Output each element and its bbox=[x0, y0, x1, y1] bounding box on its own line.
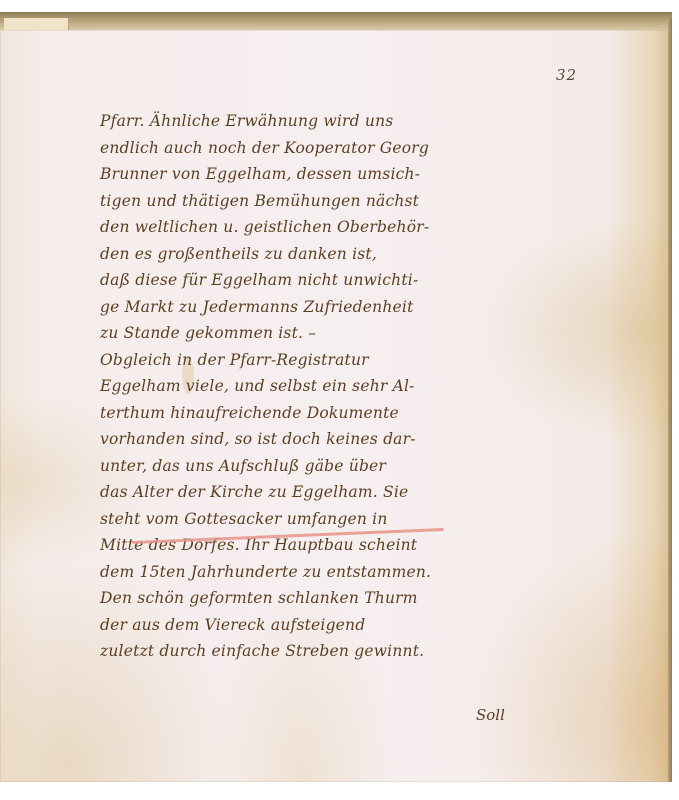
book-top-edge bbox=[0, 12, 672, 30]
text-line: der aus dem Viereck aufsteigend bbox=[100, 612, 540, 639]
scanned-page: 32 Pfarr. Ähnliche Erwähnung wird uns en… bbox=[0, 0, 679, 800]
text-line: terthum hinaufreichende Dokumente bbox=[100, 400, 540, 427]
text-line: Pfarr. Ähnliche Erwähnung wird uns bbox=[100, 108, 540, 135]
text-line: Brunner von Eggelham, dessen umsich- bbox=[100, 161, 540, 188]
text-line: unter, das uns Aufschluß gäbe über bbox=[100, 453, 540, 480]
text-line: dem 15ten Jahrhunderte zu entstammen. bbox=[100, 559, 540, 586]
text-line: endlich auch noch der Kooperator Georg bbox=[100, 135, 540, 162]
text-line: den weltlichen u. geistlichen Oberbehör- bbox=[100, 214, 540, 241]
text-line: tigen und thätigen Bemühungen nächst bbox=[100, 188, 540, 215]
text-line: Obgleich in der Pfarr-Registratur bbox=[100, 347, 540, 374]
text-line: Eggelham viele, und selbst ein sehr Al- bbox=[100, 373, 540, 400]
text-line: zuletzt durch einfache Streben gewinnt. bbox=[100, 638, 540, 665]
handwritten-text-block: Pfarr. Ähnliche Erwähnung wird uns endli… bbox=[100, 108, 540, 665]
text-line: den es großentheils zu danken ist, bbox=[100, 241, 540, 268]
text-line: Den schön geformten schlanken Thurm bbox=[100, 585, 540, 612]
text-line-underlined: das Alter der Kirche zu Eggelham. Sie bbox=[100, 479, 540, 506]
catchword: Soll bbox=[476, 706, 505, 724]
text-line: daß diese für Eggelham nicht unwichti- bbox=[100, 267, 540, 294]
text-line: zu Stande gekommen ist. – bbox=[100, 320, 540, 347]
text-line: steht vom Gottesacker umfangen in bbox=[100, 506, 540, 533]
book-spine-shadow bbox=[668, 18, 672, 782]
text-line: vorhanden sind, so ist doch keines dar- bbox=[100, 426, 540, 453]
page-number: 32 bbox=[556, 66, 577, 84]
text-line: ge Markt zu Jedermanns Zufriedenheit bbox=[100, 294, 540, 321]
